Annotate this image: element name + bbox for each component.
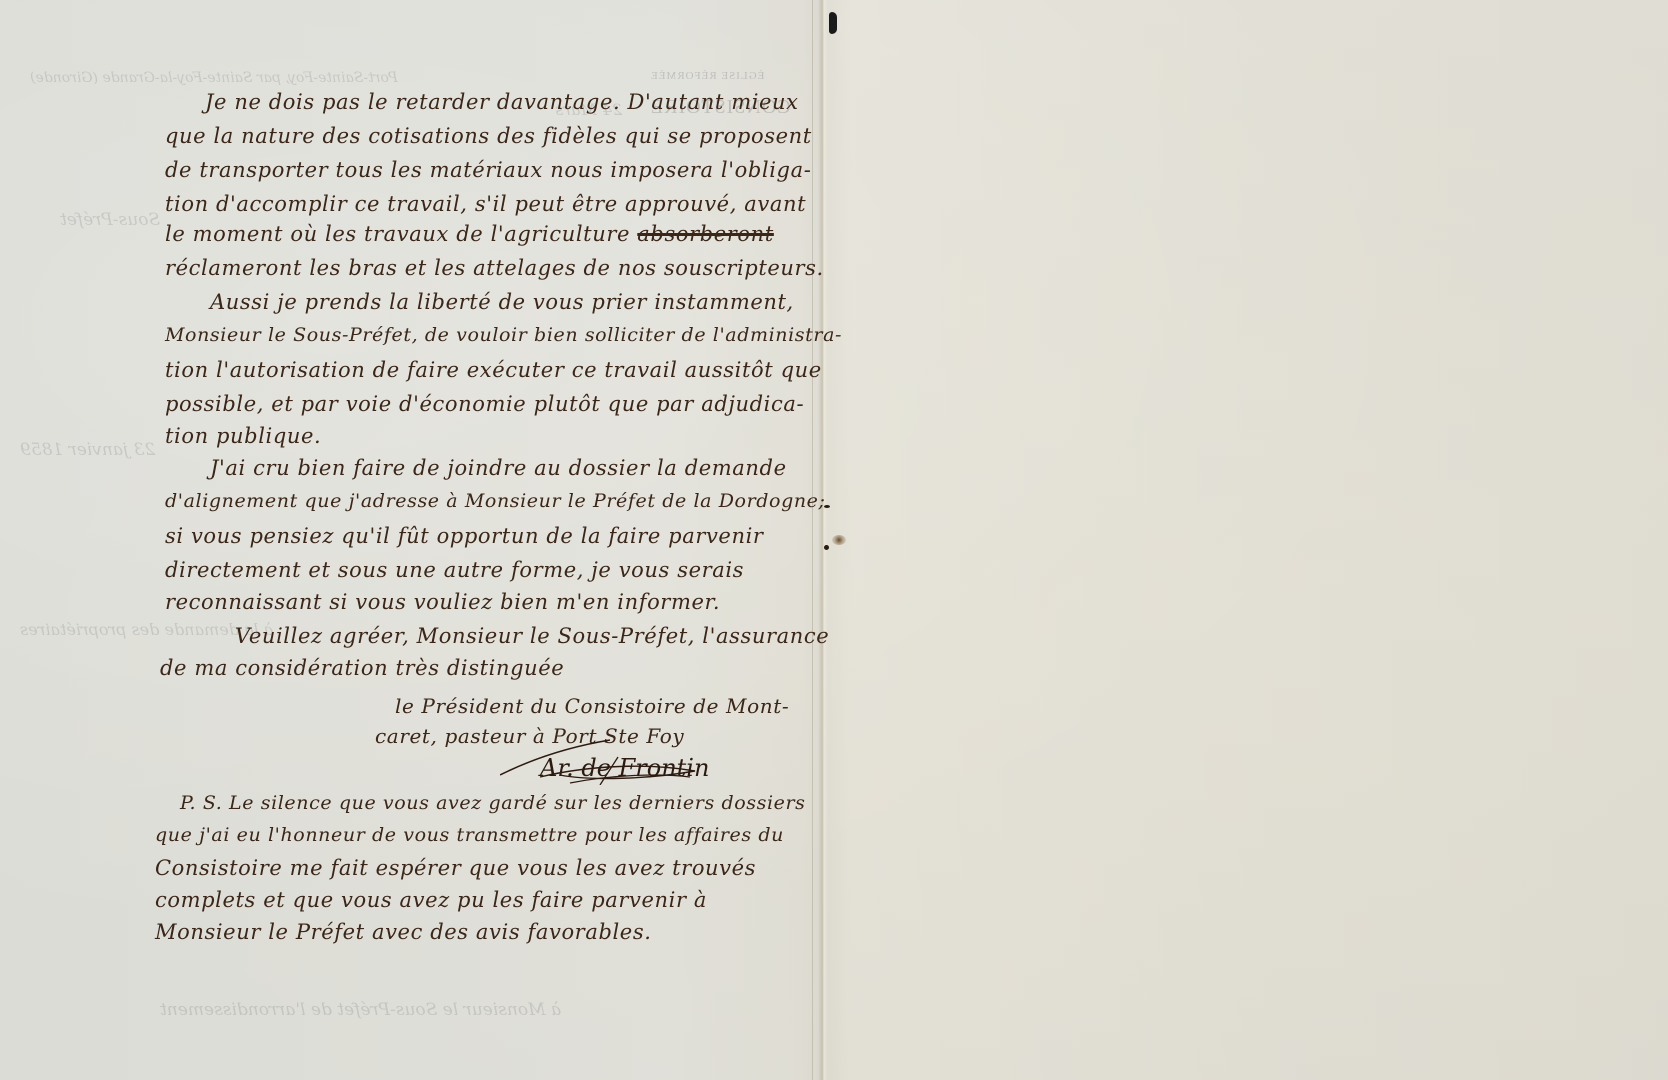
letter-line: tion l'autorisation de faire exécuter ce… — [165, 358, 822, 382]
ink-stain — [832, 535, 846, 545]
closing-line: le Président du Consistoire de Mont- — [395, 694, 789, 718]
letter-line: de transporter tous les matériaux nous i… — [165, 158, 811, 182]
letter-line: le moment où les travaux de l'agricultur… — [165, 222, 774, 246]
letter-line: de ma considération très distinguée — [160, 656, 564, 680]
letter-line: J'ai cru bien faire de joindre au dossie… — [210, 456, 787, 480]
letter-body: Je ne dois pas le retarder davantage. D'… — [0, 0, 822, 1080]
letter-line: directement et sous une autre forme, je … — [165, 558, 744, 582]
letter-line: Je ne dois pas le retarder davantage. D'… — [205, 90, 799, 114]
postscript-line: P. S. Le silence que vous avez gardé sur… — [180, 792, 806, 814]
letter-line: reconnaissant si vous vouliez bien m'en … — [165, 590, 720, 614]
letter-line: d'alignement que j'adresse à Monsieur le… — [165, 490, 826, 512]
letter-line: si vous pensiez qu'il fût opportun de la… — [165, 524, 764, 548]
scanned-document-spread: CONSISTOIRE ÉGLISE RÉFORMÉE 24 Mars Port… — [0, 0, 1668, 1080]
letter-line: Veuillez agréer, Monsieur le Sous-Préfet… — [235, 624, 829, 648]
postscript-line: Monsieur le Préfet avec des avis favorab… — [155, 920, 651, 944]
letter-line: que la nature des cotisations des fidèle… — [165, 124, 812, 148]
struck-word: absorberont — [637, 222, 774, 246]
letter-line: possible, et par voie d'économie plutôt … — [165, 392, 804, 416]
letter-line: Aussi je prends la liberté de vous prier… — [210, 290, 794, 314]
ink-speck — [824, 545, 829, 550]
letter-line: Monsieur le Sous-Préfet, de vouloir bien… — [165, 324, 842, 346]
postscript-line: complets et que vous avez pu les faire p… — [155, 888, 707, 912]
letter-line-text: le moment où les travaux de l'agricultur… — [165, 222, 630, 246]
binding-hole — [829, 12, 837, 34]
signature-flourish — [500, 735, 700, 785]
postscript-line: Consistoire me fait espérer que vous les… — [155, 856, 756, 880]
letter-line: tion d'accomplir ce travail, s'il peut ê… — [165, 192, 806, 216]
right-page-blank — [822, 0, 1668, 1080]
letter-line: tion publique. — [165, 424, 321, 448]
letter-line: réclameront les bras et les attelages de… — [165, 256, 824, 280]
postscript-line: que j'ai eu l'honneur de vous transmettr… — [155, 824, 784, 846]
